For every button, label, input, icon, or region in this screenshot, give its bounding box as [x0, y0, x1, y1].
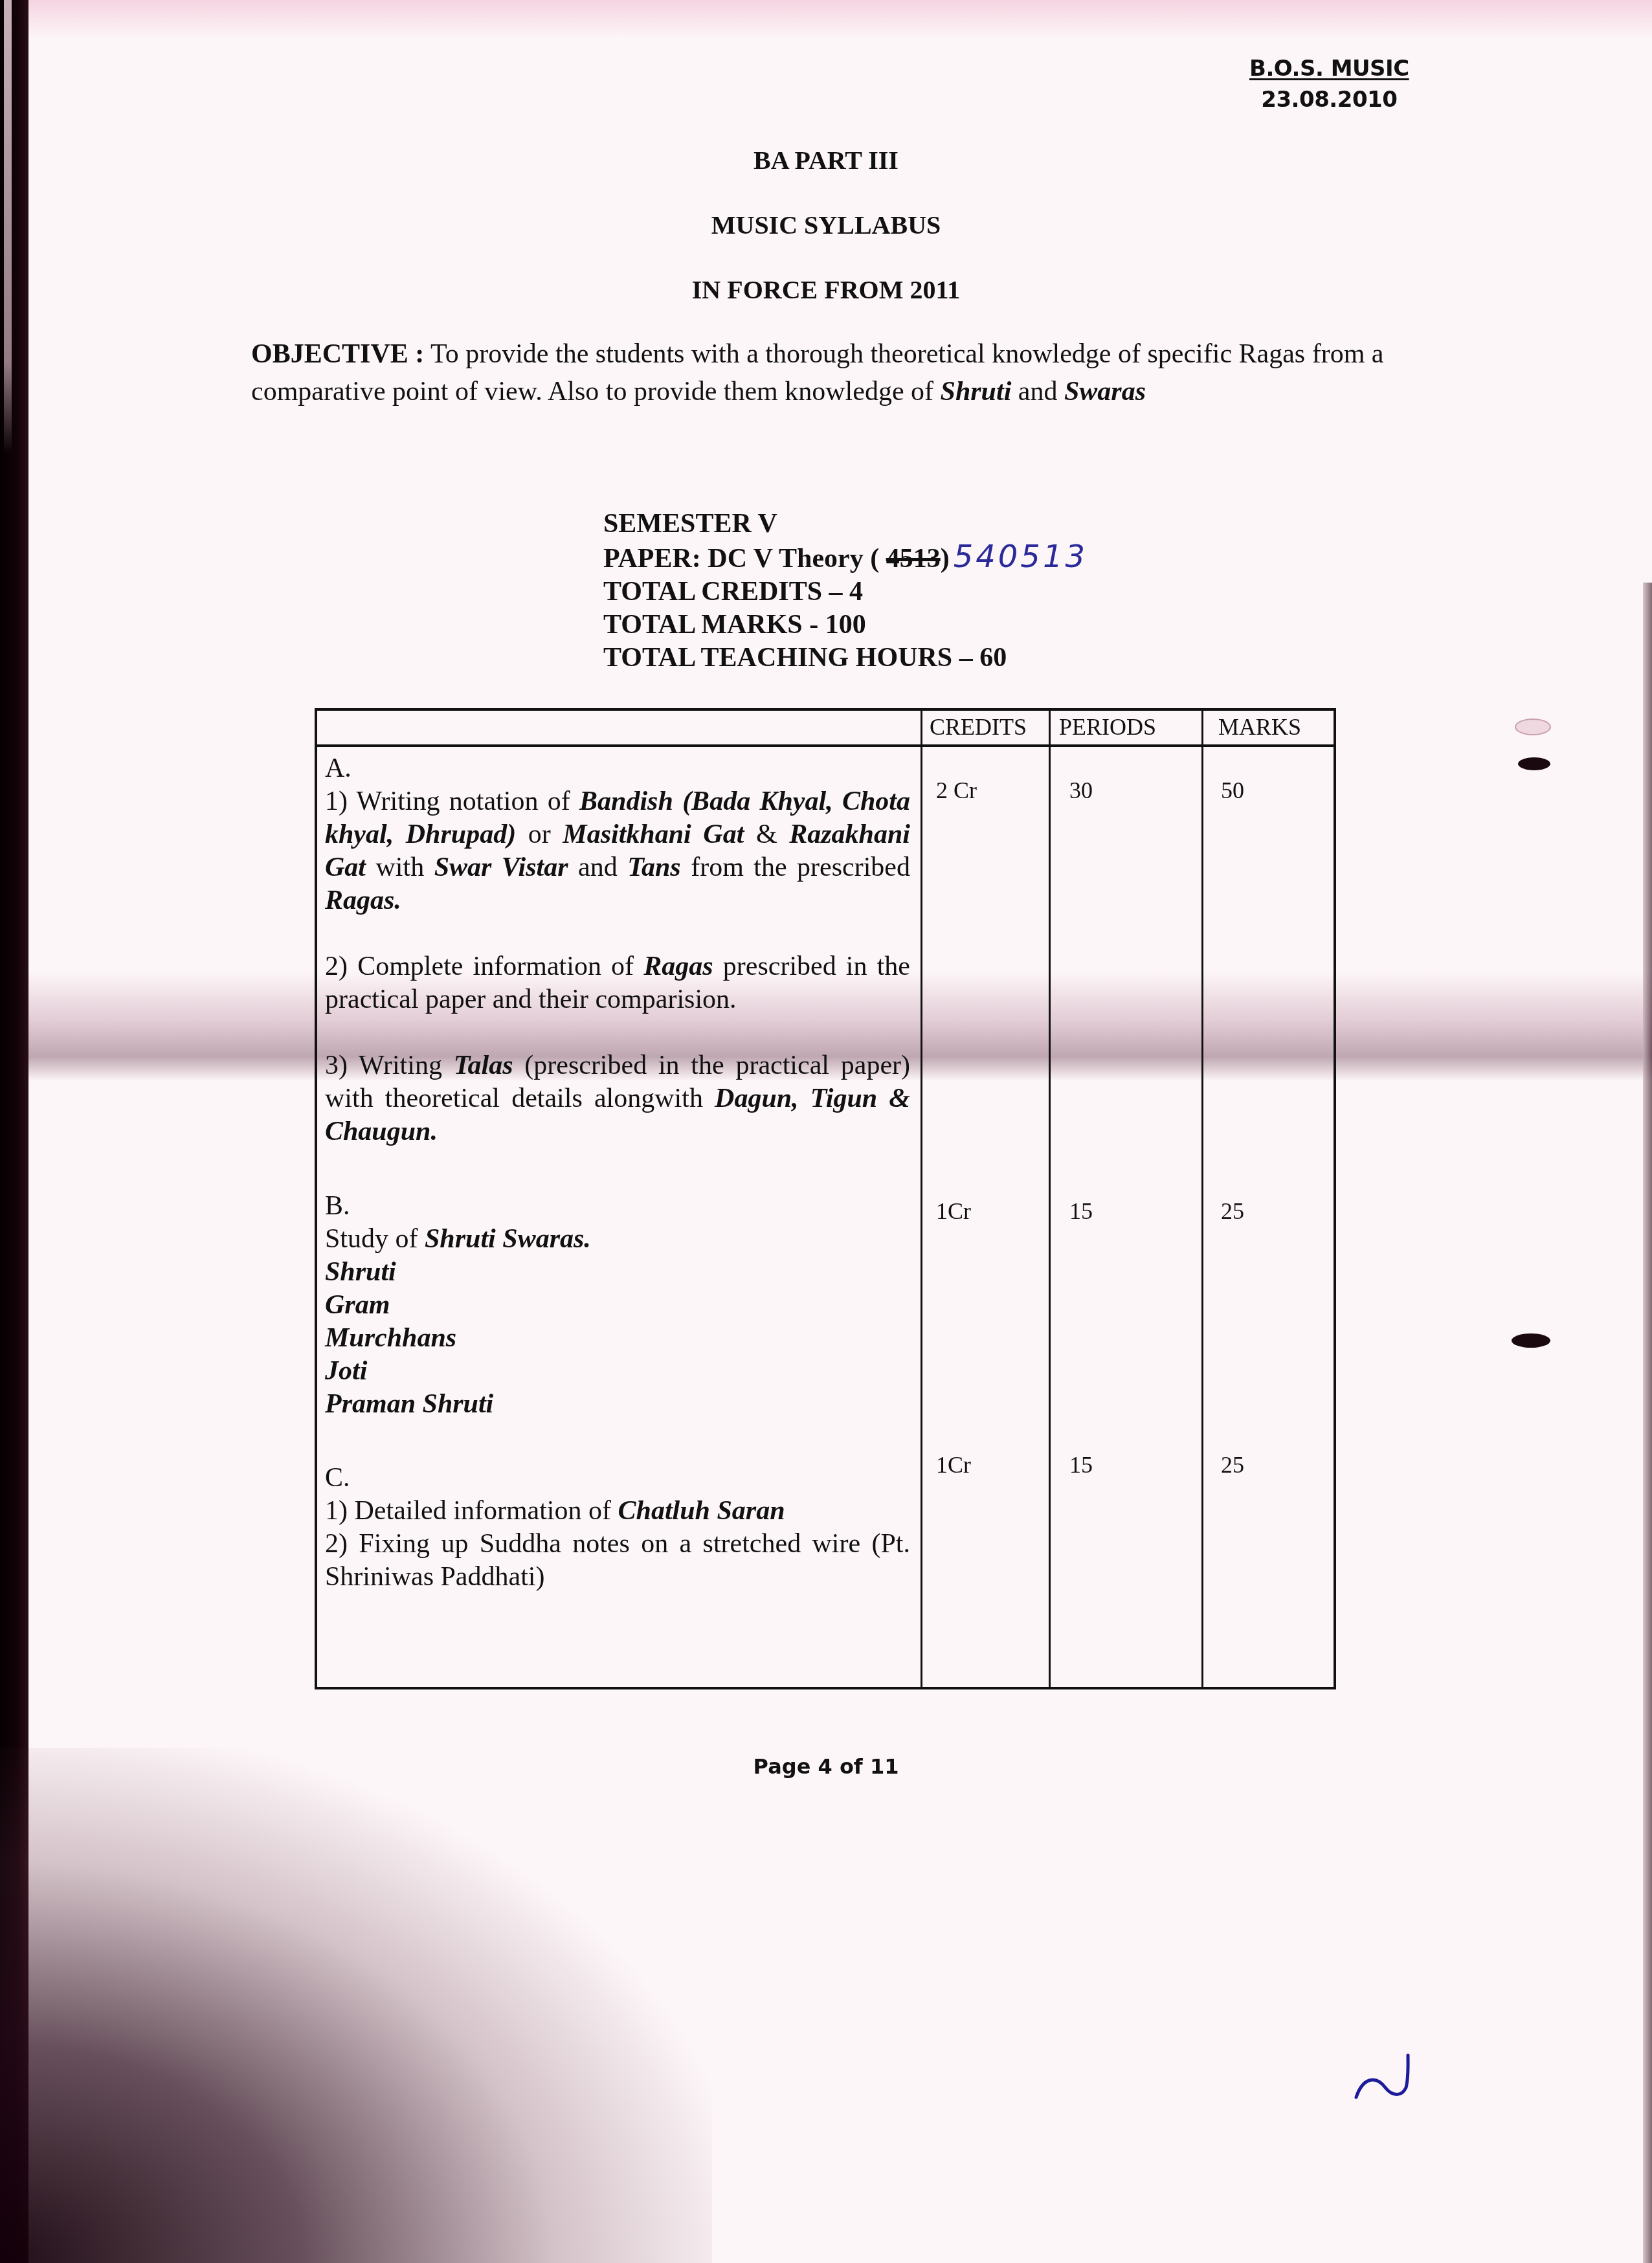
handwritten-paper-code: 540513 — [954, 539, 1088, 575]
italic-term: Talas — [454, 1051, 513, 1080]
topic-item: Praman Shruti — [325, 1388, 910, 1421]
old-paper-code: 4513 — [886, 544, 941, 574]
credits-value: 1Cr — [936, 1198, 971, 1225]
topic-item: Gram — [325, 1289, 910, 1322]
item-text: & — [744, 819, 789, 849]
board-name: B.O.S. MUSIC — [1249, 53, 1409, 84]
italic-term: Chatluh Saran — [618, 1496, 785, 1526]
punch-hole-mark — [1515, 719, 1551, 735]
section-b: B. Study of Shruti Swaras. ShrutiGramMur… — [325, 1190, 910, 1421]
page-number: Page 4 of 11 — [0, 1754, 1652, 1779]
column-divider — [1201, 711, 1203, 1687]
section-item: 3) Writing Talas (prescribed in the prac… — [325, 1049, 910, 1148]
italic-term: Ragas. — [325, 886, 401, 915]
scan-shadow — [0, 1748, 712, 2263]
item-text: or — [516, 819, 563, 849]
semester: SEMESTER V — [603, 507, 1088, 541]
section-item: 2) Complete information of Ragas prescri… — [325, 950, 910, 1016]
board-stamp: B.O.S. MUSIC 23.08.2010 — [1249, 53, 1409, 115]
item-text: from the prescribed — [681, 853, 910, 882]
italic-term: Ragas — [643, 952, 713, 981]
topic-item: Joti — [325, 1355, 910, 1388]
periods-value: 15 — [1069, 1198, 1093, 1225]
board-date: 23.08.2010 — [1249, 84, 1409, 115]
section-label: C. — [325, 1462, 910, 1495]
section-intro: Study of Shruti Swaras. — [325, 1223, 910, 1256]
section-c: C. 1) Detailed information of Chatluh Sa… — [325, 1462, 910, 1594]
topic-list: ShrutiGramMurchhansJotiPraman Shruti — [325, 1256, 910, 1421]
syllabus-title: MUSIC SYLLABUS — [0, 210, 1652, 240]
punch-hole-mark — [1518, 757, 1550, 770]
objective-term: Swaras — [1064, 377, 1146, 407]
intro-term: Shruti Swaras. — [425, 1224, 591, 1254]
topic-item: Shruti — [325, 1256, 910, 1289]
paper-name: PAPER: DC V Theory ( — [603, 544, 879, 574]
item-text: 1) Writing notation of — [325, 786, 579, 816]
topic-item: Murchhans — [325, 1322, 910, 1355]
objective-conjunction: and — [1011, 377, 1064, 407]
syllabus-table: CREDITS PERIODS MARKS A. 1) Writing nota… — [315, 708, 1336, 1689]
column-header-credits: CREDITS — [930, 713, 1027, 741]
objective-paragraph: OBJECTIVE : To provide the students with… — [251, 335, 1429, 410]
column-divider — [1049, 711, 1051, 1687]
column-header-marks: MARKS — [1218, 713, 1301, 741]
section-label: A. — [325, 752, 910, 785]
section-item: 1) Writing notation of Bandish (Bada Khy… — [325, 785, 910, 917]
marks-value: 50 — [1221, 777, 1244, 804]
total-marks: TOTAL MARKS - 100 — [603, 608, 1088, 641]
section-label: B. — [325, 1190, 910, 1223]
scan-tint — [26, 0, 1652, 39]
course-title: BA PART III — [0, 145, 1652, 175]
item-text: 2) Complete information of — [325, 952, 643, 981]
periods-value: 30 — [1069, 777, 1093, 804]
paper-code-line: PAPER: DC V Theory ( 4513)540513 — [603, 541, 1088, 575]
item-text: 1) Detailed information of — [325, 1496, 618, 1526]
item-text: and — [568, 853, 628, 882]
item-text: with — [366, 853, 434, 882]
paper-info: SEMESTER V PAPER: DC V Theory ( 4513)540… — [603, 507, 1088, 674]
punch-hole-mark — [1512, 1333, 1550, 1348]
credits-value: 1Cr — [936, 1451, 971, 1478]
credits-value: 2 Cr — [936, 777, 977, 804]
column-header-periods: PERIODS — [1059, 713, 1156, 741]
table-header-row — [317, 711, 1334, 747]
intro-text: Study of — [325, 1224, 425, 1254]
item-text: 2) Fixing up Suddha notes on a stretched… — [325, 1529, 910, 1592]
marks-value: 25 — [1221, 1451, 1244, 1478]
italic-term: Swar Vistar — [434, 853, 568, 882]
section-item: 2) Fixing up Suddha notes on a stretched… — [325, 1528, 910, 1594]
italic-term: Tans — [627, 853, 681, 882]
total-credits: TOTAL CREDITS – 4 — [603, 575, 1088, 608]
objective-label: OBJECTIVE : — [251, 339, 424, 369]
italic-term: Masitkhani Gat — [563, 819, 744, 849]
column-divider — [921, 711, 922, 1687]
periods-value: 15 — [1069, 1451, 1093, 1478]
scan-edge-right — [1643, 583, 1652, 2263]
section-a: A. 1) Writing notation of Bandish (Bada … — [325, 752, 910, 1148]
marks-value: 25 — [1221, 1198, 1244, 1225]
total-hours: TOTAL TEACHING HOURS – 60 — [603, 641, 1088, 674]
item-text: 3) Writing — [325, 1051, 454, 1080]
handwritten-initials-icon — [1346, 2052, 1424, 2104]
paper-paren: ) — [941, 544, 950, 574]
effective-year: IN FORCE FROM 2011 — [0, 274, 1652, 305]
objective-term: Shruti — [941, 377, 1012, 407]
section-item: 1) Detailed information of Chatluh Saran — [325, 1495, 910, 1528]
